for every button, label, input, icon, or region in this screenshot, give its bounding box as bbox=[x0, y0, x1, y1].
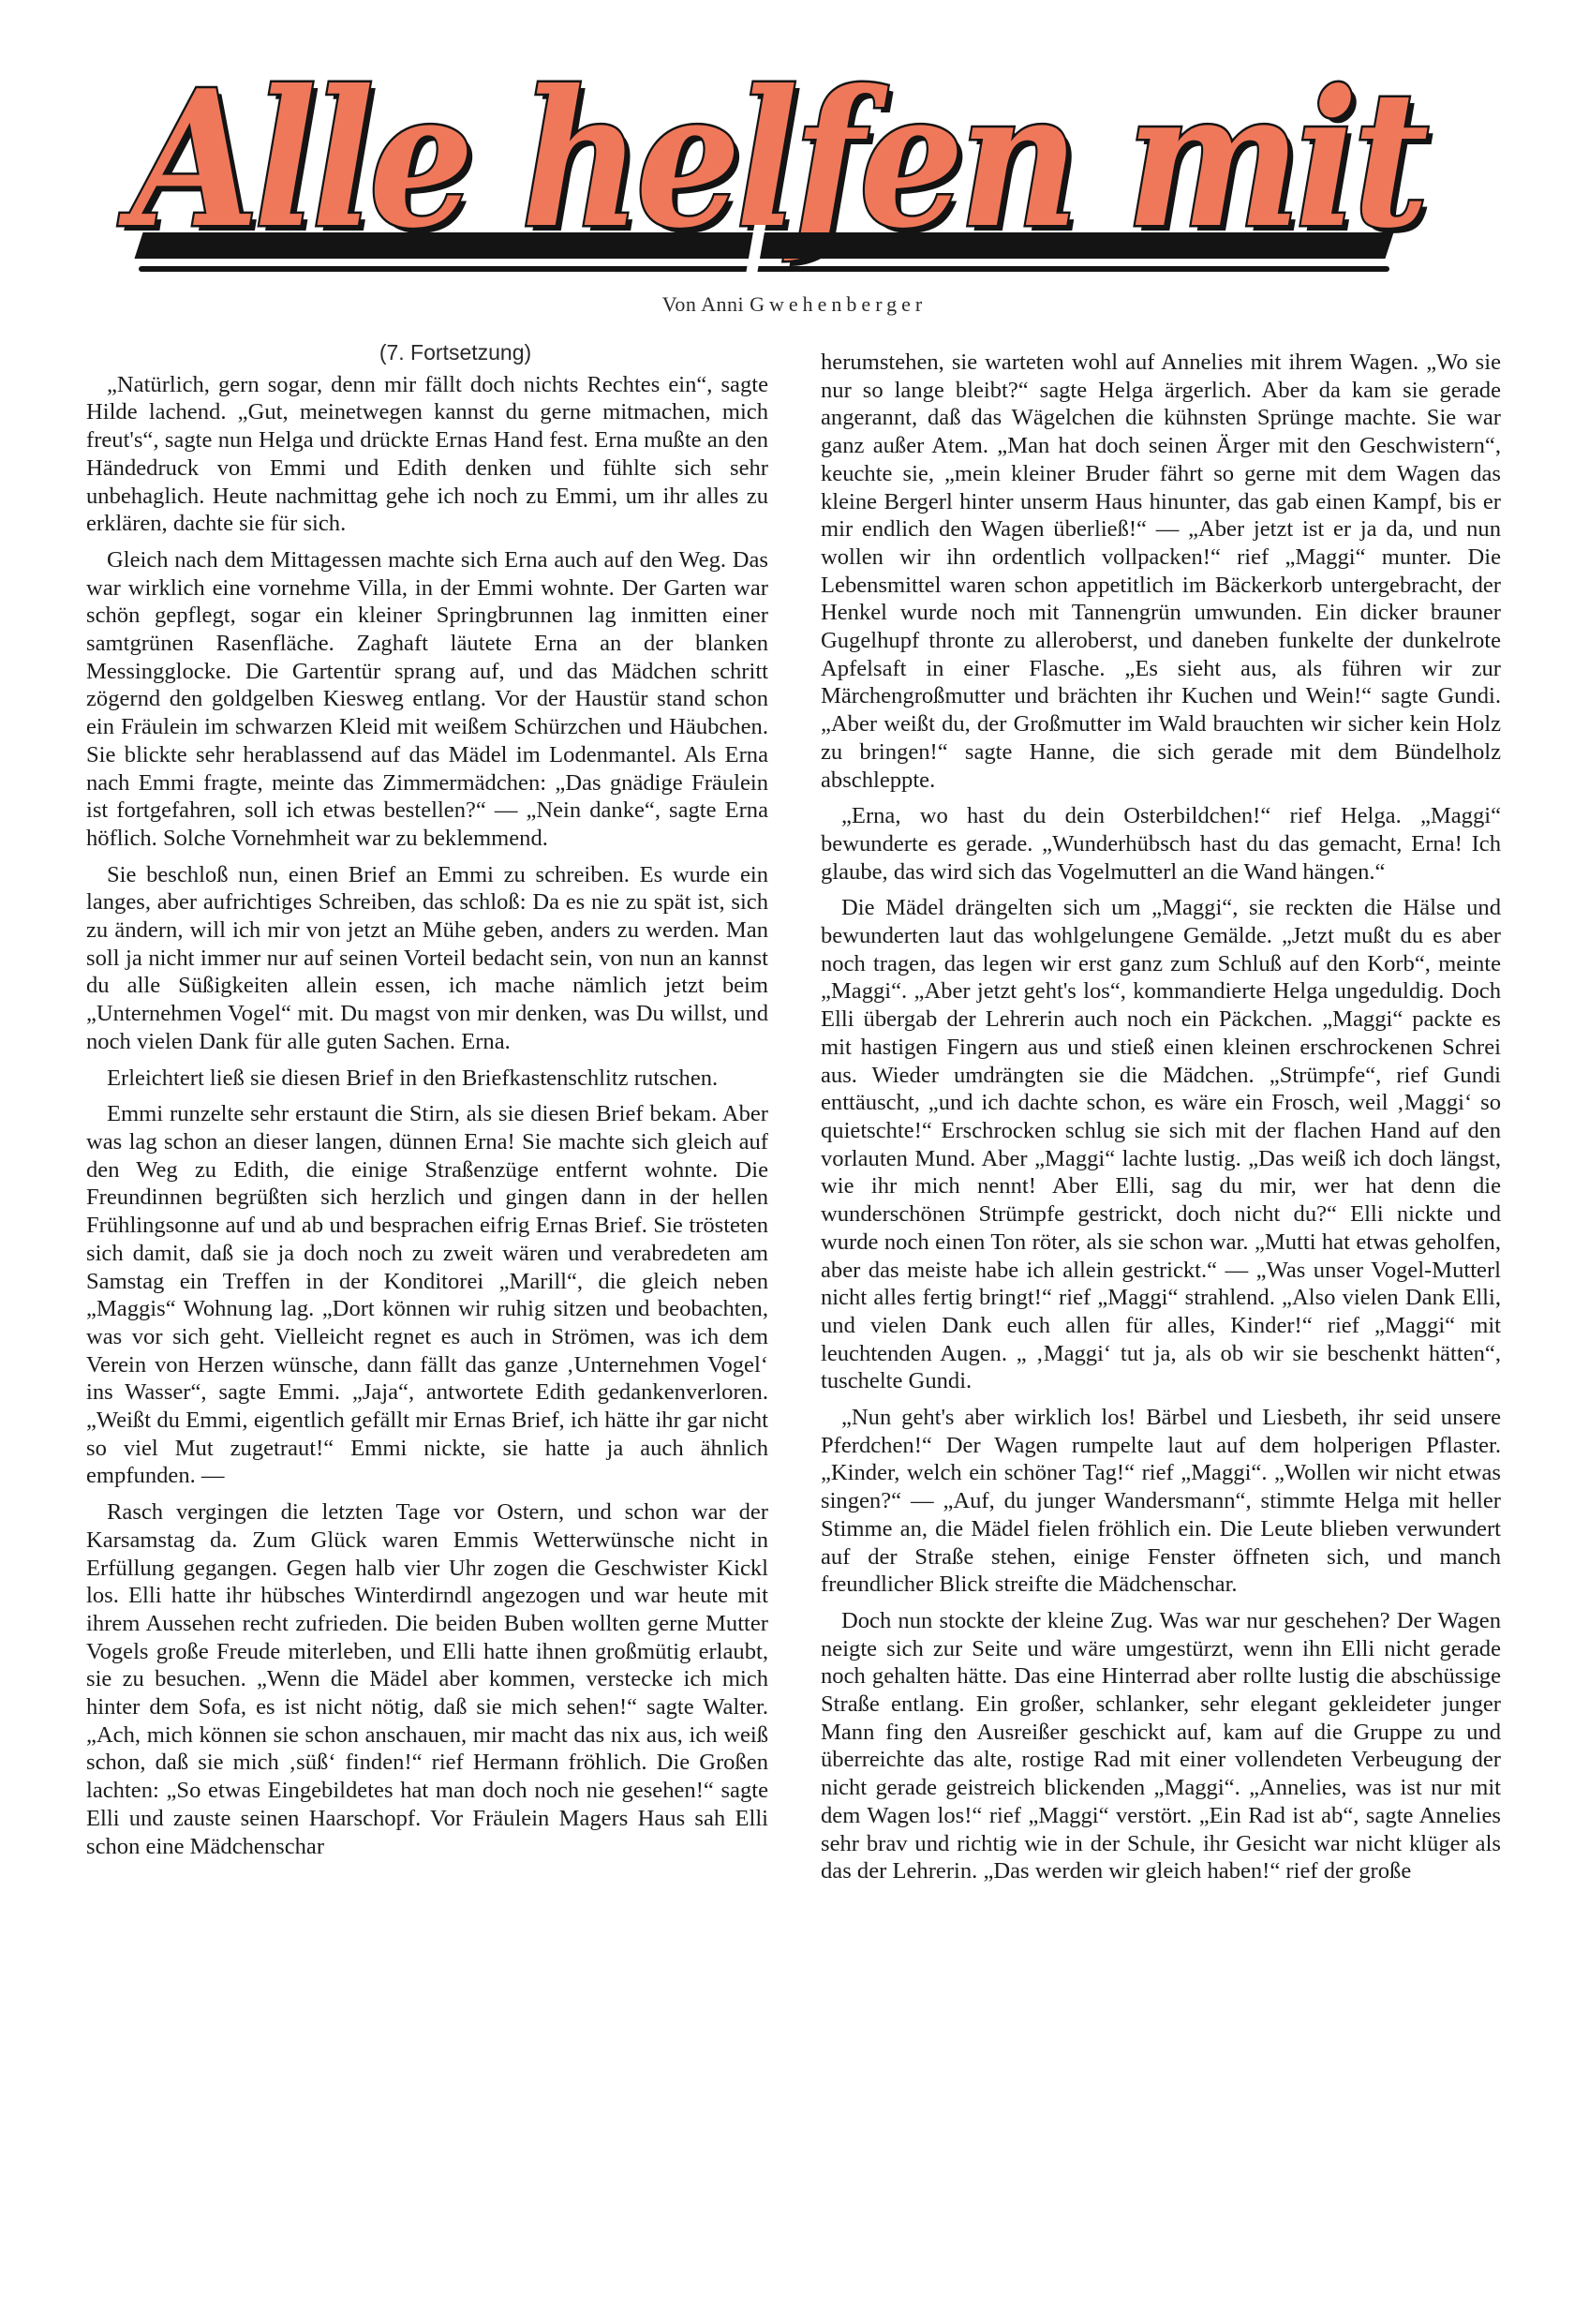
story-title-banner: Alle helfen mit Alle helfen mit bbox=[131, 37, 1433, 262]
title-lettering: Alle helfen mit Alle helfen mit bbox=[131, 37, 1433, 262]
paragraph: Erleichtert ließ sie diesen Brief in den… bbox=[86, 1065, 768, 1093]
paragraph: Doch nun stockte der kleine Zug. Was war… bbox=[821, 1607, 1501, 1885]
paragraph: „Erna, wo hast du dein Osterbildchen!“ r… bbox=[821, 802, 1501, 886]
paragraph: Rasch vergingen die letzten Tage vor Ost… bbox=[86, 1498, 768, 1860]
magazine-page: Alle helfen mit Alle helfen mit Von Anni… bbox=[0, 0, 1589, 2324]
paragraph: Gleich nach dem Mittagessen machte sich … bbox=[86, 546, 768, 853]
byline-author: Gwehenberger bbox=[750, 292, 927, 316]
paragraph: Emmi runzelte sehr erstaunt die Stirn, a… bbox=[86, 1100, 768, 1490]
right-column: herumstehen, sie warteten wohl auf Annel… bbox=[821, 349, 1501, 1894]
paragraph: Sie beschloß nun, einen Brief an Emmi zu… bbox=[86, 861, 768, 1056]
title-underline-thin bbox=[139, 266, 1389, 272]
paragraph: herumstehen, sie warteten wohl auf Annel… bbox=[821, 349, 1501, 794]
byline-prefix: Von Anni bbox=[662, 292, 750, 316]
title-underline-thick bbox=[134, 232, 1393, 259]
installment-label: (7. Fortsetzung) bbox=[86, 339, 768, 367]
paragraph: Die Mädel drängelten sich um „Maggi“, si… bbox=[821, 894, 1501, 1395]
left-column: (7. Fortsetzung) „Natürlich, gern sogar,… bbox=[86, 339, 768, 1869]
byline: Von Anni Gwehenberger bbox=[0, 292, 1589, 317]
paragraph: „Nun geht's aber wirklich los! Bärbel un… bbox=[821, 1404, 1501, 1599]
paragraph: „Natürlich, gern sogar, denn mir fällt d… bbox=[86, 371, 768, 538]
